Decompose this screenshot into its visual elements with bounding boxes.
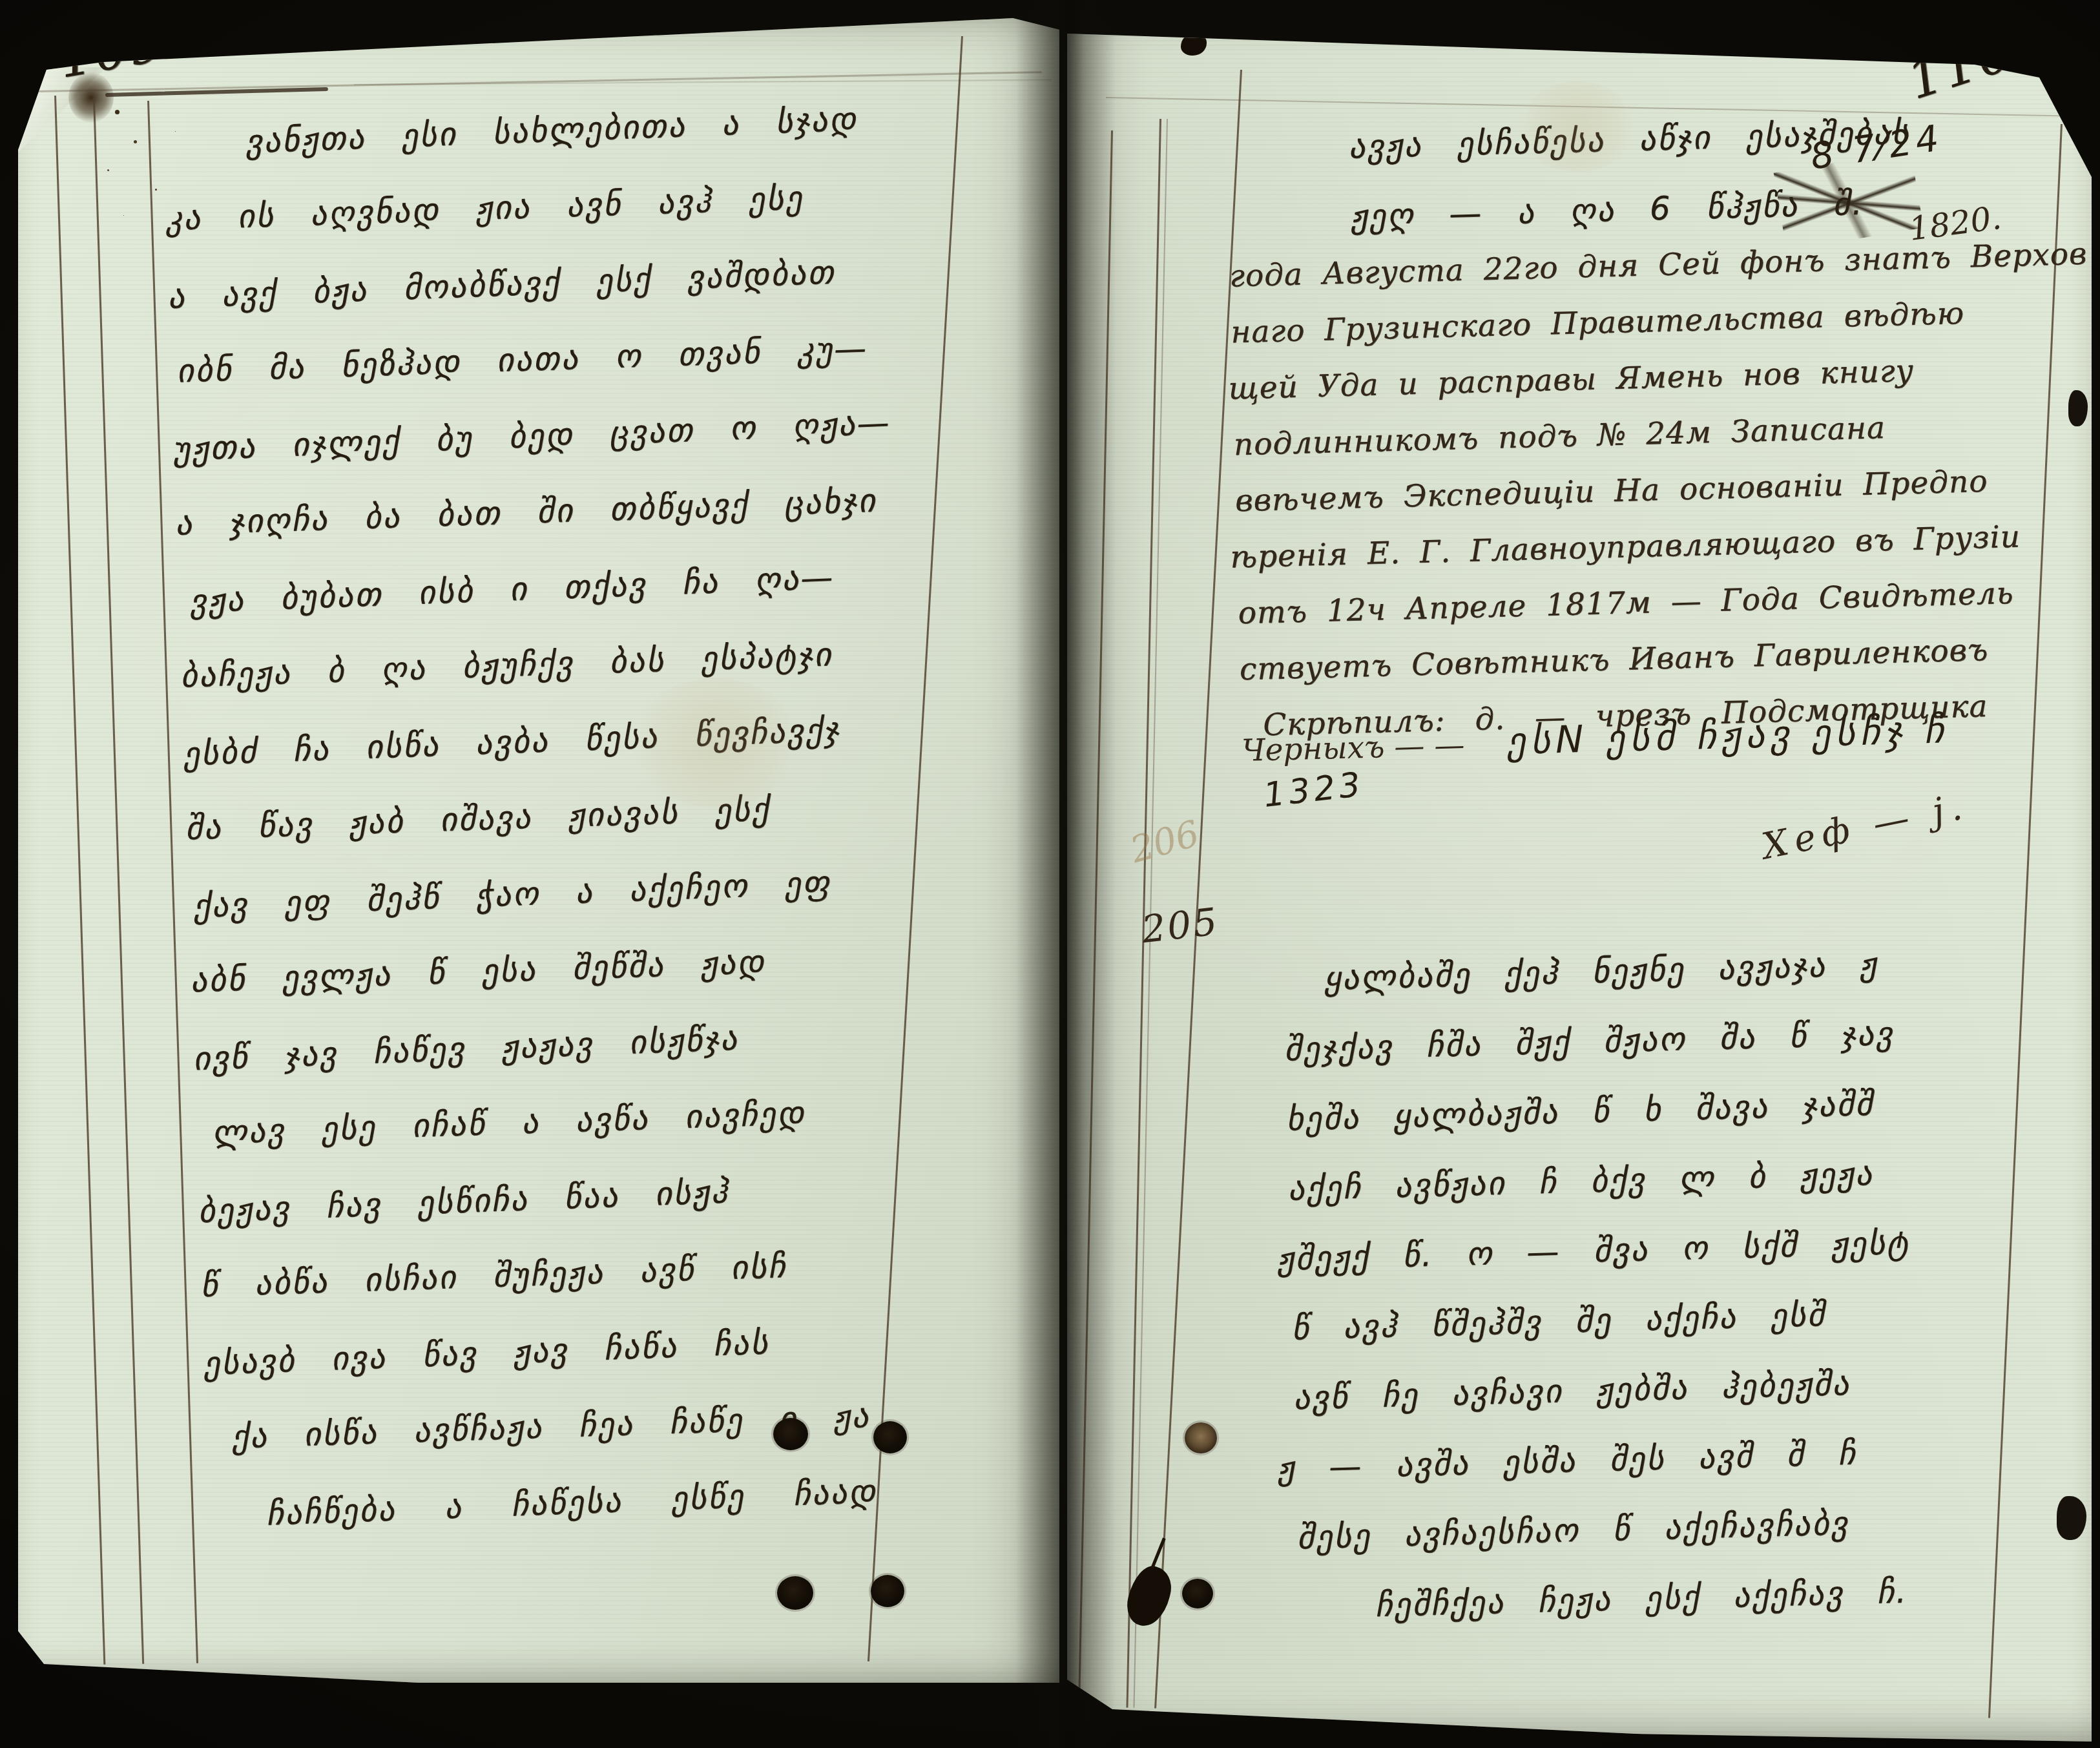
punch-hole (1185, 1422, 1217, 1453)
punch-hole (873, 1421, 907, 1453)
margin-entry-number: 205 (1139, 899, 1222, 952)
paper-specks (115, 110, 120, 114)
georgian-text-block-right: ყალბაშე ქეჰ ნეჟნე ავჟაჯა ჟშეჯქავ ჩშა შჟქ… (1282, 923, 2092, 1642)
signature-name: Черныхъ — — (1242, 727, 1466, 769)
margin-number-ghost: 206 (1126, 813, 1203, 871)
paper-stain (1519, 81, 1636, 172)
closing-flourish: Хеф — ј. (1758, 785, 1971, 868)
punch-hole (1182, 1579, 1213, 1608)
punch-hole (777, 1576, 813, 1610)
margin-rule (93, 98, 144, 1664)
folio-number-left: 109ა (54, 13, 185, 90)
punch-hole (773, 1418, 808, 1450)
folio-number-left-value: 109 (54, 13, 169, 90)
left-page: 109ა ვანჟთა ესი სახლებითა ა სჯადკა ის აღ… (18, 13, 1059, 1683)
folio-superscript: ა (160, 16, 182, 48)
georgian-text-block-left: ვანჟთა ესი სახლებითა ა სჯადკა ის აღვნად … (161, 75, 1059, 1552)
russian-text-block: года Августа 22го дня Сей фонъ знатъ Вер… (1229, 225, 2092, 754)
manuscript-scan: 109ა ვანჟთა ესი სახლებითა ა სჯადკა ის აღ… (0, 0, 2100, 1748)
punch-hole (871, 1575, 904, 1607)
margin-rule (54, 96, 105, 1665)
right-page: 110 ავჟა ესჩაწესა აწჯი ესაჯშებასჟეღ — ა … (1067, 10, 2092, 1742)
right-page-content: ავჟა ესჩაწესა აწჯი ესაჯშებასჟეღ — ა ღა 6… (1067, 10, 2092, 1742)
paper-stain (632, 678, 800, 807)
numeral-note: 1323 (1262, 765, 1366, 815)
